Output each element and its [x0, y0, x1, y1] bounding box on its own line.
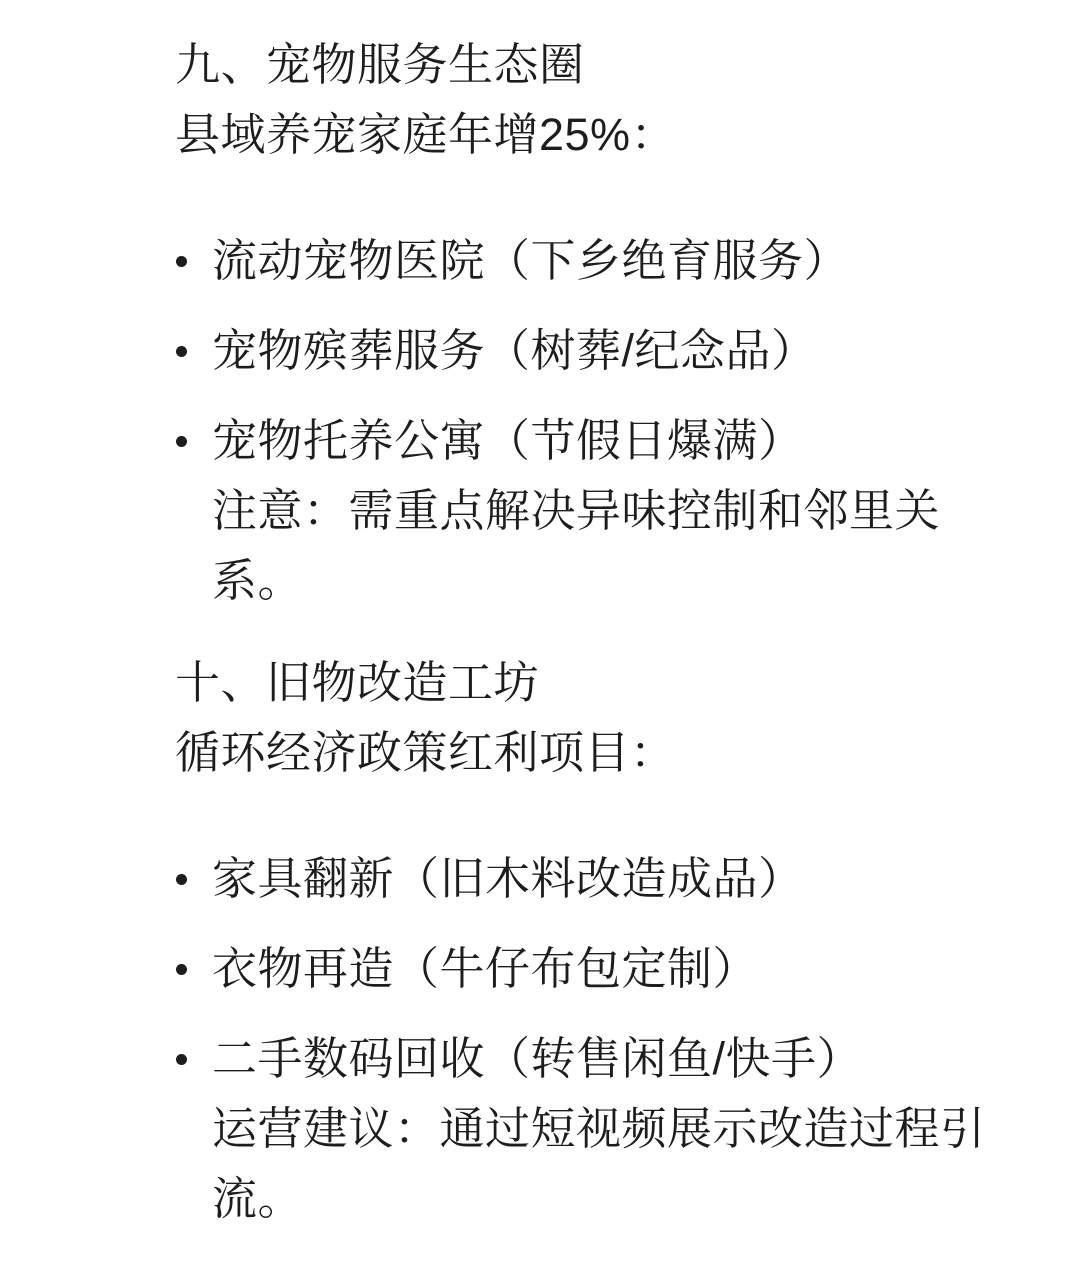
section-title: 九、宠物服务生态圈: [175, 30, 995, 100]
bullet-dot-icon: [176, 964, 187, 975]
section-subtitle: 循环经济政策红利项目：: [175, 718, 995, 788]
section-pet-services: 九、宠物服务生态圈 县域养宠家庭年增25%： 流动宠物医院（下乡绝育服务） 宠物…: [175, 30, 1080, 616]
list-item: 宠物殡葬服务（树葬/纪念品）: [175, 316, 1000, 386]
bullet-dot-icon: [176, 346, 187, 357]
list-item-text: 衣物再造（牛仔布包定制）: [212, 934, 1000, 1004]
list-item: 宠物托养公寓（节假日爆满） 注意：需重点解决异味控制和邻里关系。: [175, 406, 1000, 616]
list-item: 流动宠物医院（下乡绝育服务）: [175, 226, 1000, 296]
list-item-note: 注意：需重点解决异味控制和邻里关系。: [212, 476, 1000, 616]
list-item: 二手数码回收（转售闲鱼/快手） 运营建议：通过短视频展示改造过程引流。: [175, 1024, 1000, 1234]
list-item-text: 二手数码回收（转售闲鱼/快手）: [212, 1024, 1000, 1094]
section-upcycling-workshop: 十、旧物改造工坊 循环经济政策红利项目： 家具翻新（旧木料改造成品） 衣物再造（…: [175, 648, 1080, 1234]
list-item-text: 宠物托养公寓（节假日爆满）: [212, 406, 1000, 476]
bullet-list: 流动宠物医院（下乡绝育服务） 宠物殡葬服务（树葬/纪念品） 宠物托养公寓（节假日…: [175, 226, 1080, 616]
list-item-note: 运营建议：通过短视频展示改造过程引流。: [212, 1094, 1000, 1234]
bullet-dot-icon: [176, 436, 187, 447]
list-item: 家具翻新（旧木料改造成品）: [175, 844, 1000, 914]
list-item-text: 宠物殡葬服务（树葬/纪念品）: [212, 316, 1000, 386]
list-item: 衣物再造（牛仔布包定制）: [175, 934, 1000, 1004]
document-body: 九、宠物服务生态圈 县域养宠家庭年增25%： 流动宠物医院（下乡绝育服务） 宠物…: [0, 0, 1080, 1234]
bullet-dot-icon: [176, 256, 187, 267]
bullet-dot-icon: [176, 1054, 187, 1065]
list-item-text: 流动宠物医院（下乡绝育服务）: [212, 226, 1000, 296]
bullet-dot-icon: [176, 874, 187, 885]
section-heading: 十、旧物改造工坊 循环经济政策红利项目：: [175, 648, 995, 788]
section-title: 十、旧物改造工坊: [175, 648, 995, 718]
section-heading: 九、宠物服务生态圈 县域养宠家庭年增25%：: [175, 30, 995, 170]
section-subtitle: 县域养宠家庭年增25%：: [175, 100, 995, 170]
list-item-text: 家具翻新（旧木料改造成品）: [212, 844, 1000, 914]
bullet-list: 家具翻新（旧木料改造成品） 衣物再造（牛仔布包定制） 二手数码回收（转售闲鱼/快…: [175, 844, 1080, 1234]
